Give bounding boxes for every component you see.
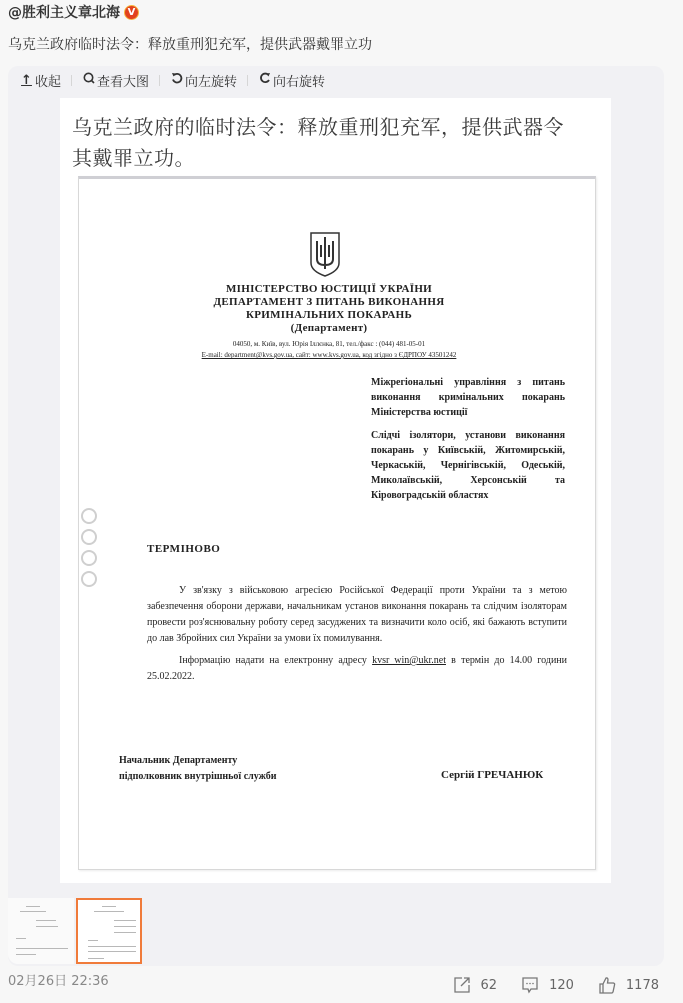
paragraph-2-text: Інформацію надати на електронну адресу — [179, 655, 372, 666]
recipient-2: Слідчі ізолятори, установи виконання пок… — [371, 428, 565, 503]
search-icon — [82, 72, 95, 88]
comment-button[interactable]: 120 — [521, 976, 574, 994]
trident-emblem-icon — [309, 231, 341, 277]
thumbnail-strip — [8, 898, 142, 964]
signer-name: Сергій ГРЕЧАНЮК — [441, 769, 543, 781]
document-header: МІНІСТЕРСТВО ЮСТИЦІЇ УКРАЇНИ ДЕПАРТАМЕНТ… — [79, 283, 579, 335]
signer-title: Начальник Департаменту підполковник внут… — [119, 753, 277, 785]
binder-rings — [81, 508, 97, 592]
paragraph-2: Інформацію надати на електронну адресу k… — [147, 653, 567, 685]
comment-icon — [521, 976, 539, 994]
paragraph-2-email: kvsr_win@ukr.net — [372, 655, 446, 666]
ring-icon — [81, 508, 97, 524]
comment-count: 120 — [549, 978, 574, 993]
rotate-left-label: 向左旋转 — [185, 71, 237, 90]
paragraph-1: У зв'язку з військовою агресією Російськ… — [147, 583, 567, 647]
rotate-right-label: 向右旋转 — [273, 71, 325, 90]
image-toolbar: ↑ 收起 查看大图 向左旋转 向右旋转 — [20, 68, 325, 92]
header-line: ДЕПАРТАМЕНТ З ПИТАНЬ ВИКОНАННЯ — [79, 296, 579, 309]
image-caption-line-2: 其戴罪立功。 — [72, 143, 592, 174]
divider — [71, 75, 72, 86]
repost-count: 62 — [481, 978, 498, 993]
post-timestamp[interactable]: 02月26日 22:36 — [8, 970, 109, 989]
repost-button[interactable]: 62 — [453, 976, 498, 994]
collapse-button[interactable]: ↑ 收起 — [20, 71, 61, 90]
document-page: МІНІСТЕРСТВО ЮСТИЦІЇ УКРАЇНИ ДЕПАРТАМЕНТ… — [78, 176, 596, 870]
post-actions: 62 120 1178 — [453, 976, 659, 994]
recipient-1: Міжрегіональні управління з питань викон… — [371, 375, 565, 420]
author-row: @胜利主义章北海 V — [8, 2, 139, 22]
image-caption: 乌克兰政府的临时法令：释放重刑犯充军，提供武器令 其戴罪立功。 — [72, 112, 592, 174]
view-large-button[interactable]: 查看大图 — [82, 71, 149, 90]
rotate-left-icon — [170, 72, 183, 88]
header-line: КРИМІНАЛЬНИХ ПОКАРАНЬ — [79, 309, 579, 322]
verified-badge-icon: V — [124, 5, 139, 20]
like-count: 1178 — [626, 978, 659, 993]
ring-icon — [81, 550, 97, 566]
view-large-label: 查看大图 — [97, 71, 149, 90]
document-body: У зв'язку з військовою агресією Російськ… — [147, 583, 567, 691]
post-text: 乌克兰政府临时法令：释放重刑犯充军，提供武器戴罪立功 — [8, 34, 372, 54]
author-name[interactable]: @胜利主义章北海 — [8, 2, 120, 22]
header-line: МІНІСТЕРСТВО ЮСТИЦІЇ УКРАЇНИ — [79, 283, 579, 296]
thumbnail-1[interactable] — [8, 898, 74, 964]
like-button[interactable]: 1178 — [598, 976, 659, 994]
arrow-up-icon: ↑ — [20, 73, 33, 88]
header-line: (Департамент) — [79, 322, 579, 335]
thumbs-up-icon — [598, 976, 616, 994]
email-line: E-mail: department@kvs.gov.ua, сайт: www… — [79, 350, 579, 361]
ring-icon — [81, 571, 97, 587]
media-card: ↑ 收起 查看大图 向左旋转 向右旋转 乌克兰政府的临时法令：释放重刑犯充军， — [8, 66, 664, 966]
repost-icon — [453, 976, 471, 994]
thumbnail-2[interactable] — [76, 898, 142, 964]
divider — [247, 75, 248, 86]
address-line: 04050, м. Київ, вул. Юрія Іллєнка, 81, т… — [79, 339, 579, 350]
urgent-label: ТЕРМІНОВО — [147, 543, 220, 555]
post-image[interactable]: 乌克兰政府的临时法令：释放重刑犯充军，提供武器令 其戴罪立功。 МІНІСТЕР… — [60, 98, 611, 883]
divider — [159, 75, 160, 86]
ring-icon — [81, 529, 97, 545]
rotate-left-button[interactable]: 向左旋转 — [170, 71, 237, 90]
rotate-right-icon — [258, 72, 271, 88]
image-caption-line-1: 乌克兰政府的临时法令：释放重刑犯充军，提供武器令 — [72, 112, 592, 143]
signer-title-1: Начальник Департаменту — [119, 753, 277, 769]
recipients-block: Міжрегіональні управління з питань викон… — [371, 375, 565, 511]
rotate-right-button[interactable]: 向右旋转 — [258, 71, 325, 90]
signer-title-2: підполковник внутрішньої служби — [119, 769, 277, 785]
collapse-label: 收起 — [35, 71, 61, 90]
document-address: 04050, м. Київ, вул. Юрія Іллєнка, 81, т… — [79, 339, 579, 361]
